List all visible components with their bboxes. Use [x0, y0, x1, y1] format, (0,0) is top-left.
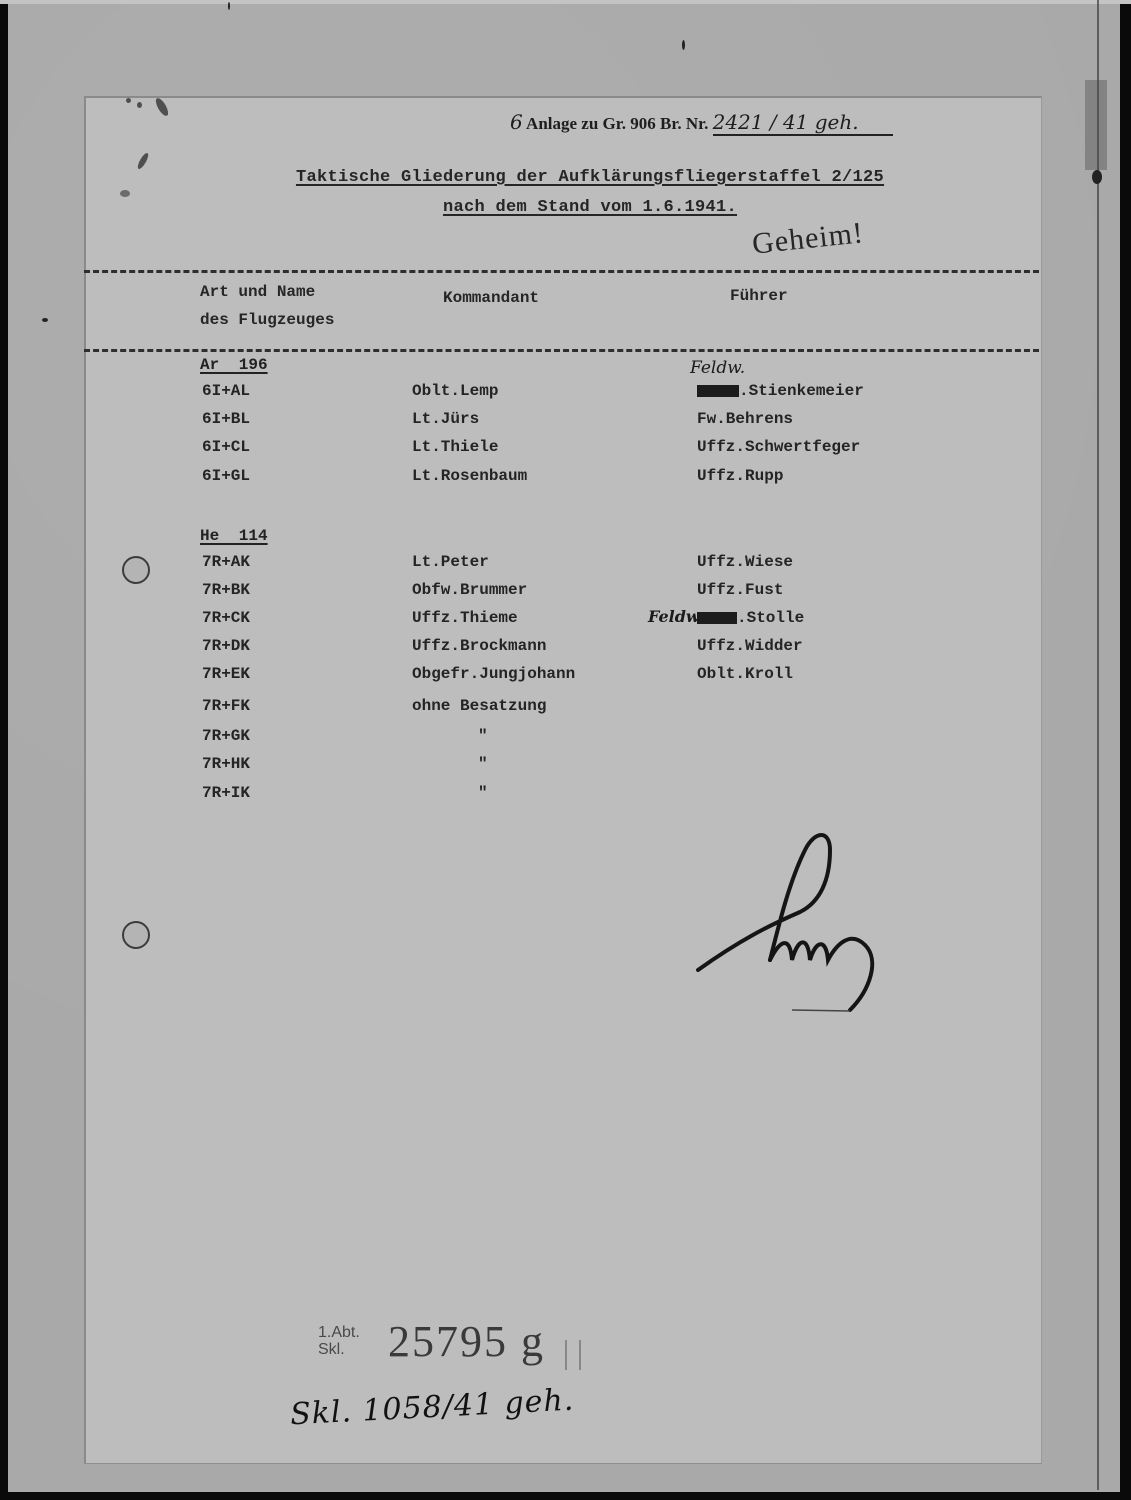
- pilot: Uffz.Wiese: [697, 553, 793, 571]
- table-row: 6I+GL Lt.Rosenbaum Uffz.Rupp: [0, 467, 1131, 495]
- aircraft-code: 7R+EK: [202, 665, 250, 683]
- aircraft-code: 6I+AL: [202, 382, 250, 400]
- header-line-1: Art und Name: [200, 278, 334, 306]
- ditto-mark: ": [478, 784, 488, 802]
- pilot: Fw.Behrens: [697, 410, 793, 428]
- stamp-mark: [565, 1340, 581, 1370]
- commander: Uffz.Brockmann: [412, 637, 546, 655]
- stamp-dept: 1.Abt.: [318, 1324, 360, 1341]
- column-header-commander: Kommandant: [443, 284, 539, 312]
- aircraft-code: 7R+IK: [202, 784, 250, 802]
- aircraft-code: 7R+CK: [202, 609, 250, 627]
- handwritten-rank-correction: Feldw.: [648, 607, 704, 626]
- ditto-mark: ": [478, 727, 488, 745]
- commander: Obfw.Brummer: [412, 581, 527, 599]
- reference-printed: Anlage zu Gr. 906 Br. Nr.: [526, 114, 708, 133]
- handwritten-rank-correction: Feldw.: [690, 358, 745, 378]
- pilot: .Stienkemeier: [697, 382, 864, 400]
- punch-hole: [122, 921, 150, 949]
- table-row: 6I+AL Oblt.Lemp .Stienkemeier: [0, 382, 1131, 410]
- pilot: Uffz.Rupp: [697, 467, 783, 485]
- pilot: .Stolle: [697, 609, 804, 627]
- aircraft-code: 7R+AK: [202, 553, 250, 571]
- ditto-mark: ": [478, 755, 488, 773]
- commander: Lt.Jürs: [412, 410, 479, 428]
- commander: Lt.Thiele: [412, 438, 498, 456]
- aircraft-code: 6I+GL: [202, 467, 250, 485]
- table-row: 7R+AK Lt.Peter Uffz.Wiese: [0, 553, 1131, 581]
- table-row: 7R+DK Uffz.Brockmann Uffz.Widder: [0, 637, 1131, 665]
- ink-smudge: [137, 102, 142, 108]
- aircraft-code: 7R+FK: [202, 697, 250, 715]
- struck-rank: [697, 612, 737, 624]
- archive-stamp-label: 1.Abt. Skl.: [318, 1324, 360, 1358]
- table-row: 7R+FK ohne Besatzung: [0, 697, 1131, 725]
- commander: ohne Besatzung: [412, 697, 546, 715]
- aircraft-code: 7R+DK: [202, 637, 250, 655]
- table-row: 6I+BL Lt.Jürs Fw.Behrens: [0, 410, 1131, 438]
- table-row: 7R+IK ": [0, 784, 1131, 812]
- aircraft-code: 7R+BK: [202, 581, 250, 599]
- ink-smudge: [120, 190, 130, 197]
- aircraft-code: 6I+CL: [202, 438, 250, 456]
- pilot: Uffz.Widder: [697, 637, 803, 655]
- ink-smudge: [126, 98, 131, 103]
- header-rule-top: [84, 270, 1039, 273]
- group-label-ar196: Ar 196: [200, 356, 268, 374]
- column-header-pilot: Führer: [730, 282, 788, 310]
- struck-rank: [697, 385, 739, 397]
- pilot: Oblt.Kroll: [697, 665, 793, 683]
- commander: Lt.Rosenbaum: [412, 467, 527, 485]
- reference-handwritten: 2421 / 41 geh.: [713, 110, 893, 136]
- commander: Lt.Peter: [412, 553, 489, 571]
- header-line-2: des Flugzeuges: [200, 306, 334, 334]
- commander: Uffz.Thieme: [412, 609, 518, 627]
- pilot: Uffz.Schwertfeger: [697, 438, 860, 456]
- table-row: 7R+GK ": [0, 727, 1131, 755]
- commander: Oblt.Lemp: [412, 382, 498, 400]
- archive-number: 25795 g: [388, 1316, 545, 1367]
- reference-line: 6 Anlage zu Gr. 906 Br. Nr. 2421 / 41 ge…: [510, 110, 893, 136]
- column-header-aircraft: Art und Name des Flugzeuges: [200, 278, 334, 334]
- table-row: 7R+BK Obfw.Brummer Uffz.Fust: [0, 581, 1131, 609]
- aircraft-code: 7R+HK: [202, 755, 250, 773]
- table-row: 7R+EK Obgefr.Jungjohann Oblt.Kroll: [0, 665, 1131, 693]
- aircraft-code: 6I+BL: [202, 410, 250, 428]
- table-row: 7R+HK ": [0, 755, 1131, 783]
- stamp-unit: Skl.: [318, 1341, 360, 1358]
- binding-mark: [1092, 170, 1102, 184]
- table-row: 7R+CK Uffz.Thieme Feldw. .Stolle: [0, 609, 1131, 637]
- scan-speck: [228, 2, 230, 10]
- scan-speck: [42, 318, 48, 322]
- aircraft-code: 7R+GK: [202, 727, 250, 745]
- commander: Obgefr.Jungjohann: [412, 665, 575, 683]
- pilot-name: .Stolle: [737, 609, 804, 627]
- pilot: Uffz.Fust: [697, 581, 783, 599]
- handwritten-number: 6: [510, 110, 523, 134]
- group-label-he114: He 114: [200, 527, 268, 545]
- scan-speck: [682, 40, 685, 50]
- table-row: 6I+CL Lt.Thiele Uffz.Schwertfeger: [0, 438, 1131, 466]
- title-line-1: Taktische Gliederung der Aufklärungsflie…: [296, 168, 884, 187]
- document-title: Taktische Gliederung der Aufklärungsflie…: [254, 163, 926, 223]
- header-rule-bottom: [84, 349, 1039, 352]
- pilot-name: .Stienkemeier: [739, 382, 864, 400]
- title-line-2: nach dem Stand vom 1.6.1941.: [443, 198, 737, 217]
- signature: [690, 820, 910, 1030]
- binding-shadow: [1085, 80, 1107, 170]
